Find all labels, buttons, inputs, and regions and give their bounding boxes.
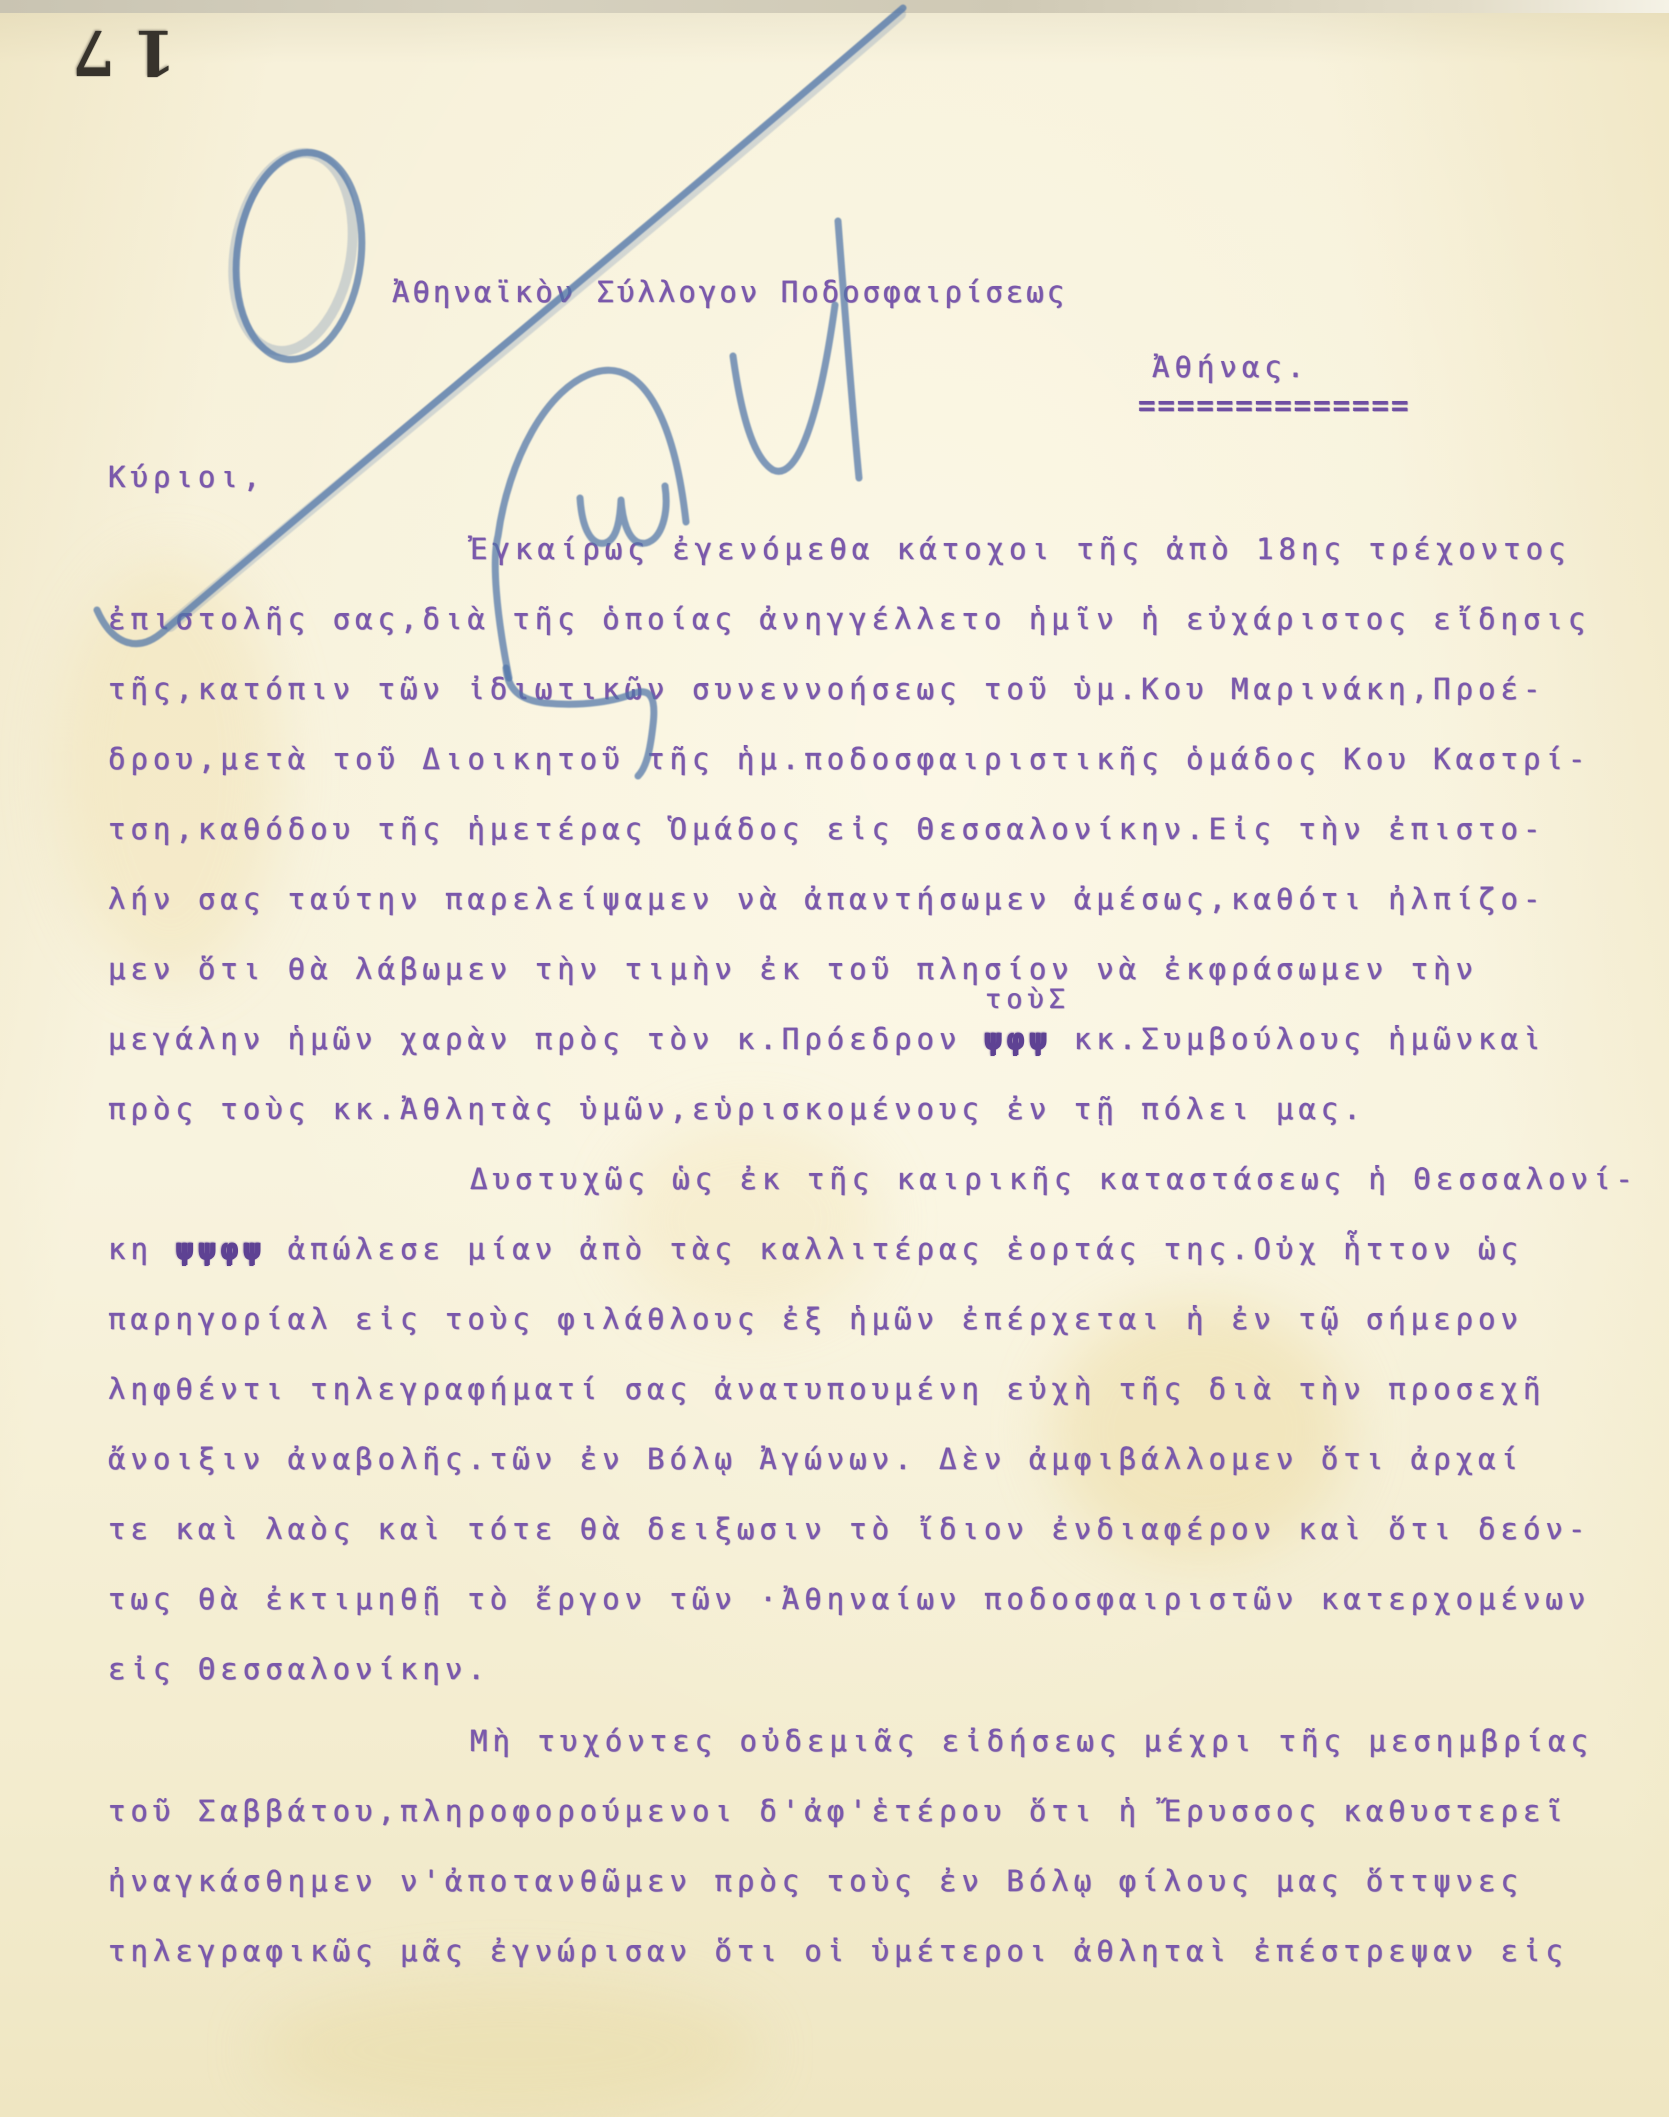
- typed-line-3: τῆς,κατόπιν τῶν ἰδιωτικῶν συνεννοήσεως τ…: [108, 672, 1545, 706]
- line11-text: κη: [108, 1232, 175, 1266]
- typed-line-6: λήν σας ταύτην παρελείψαμεν νὰ ἀπαντήσωμ…: [108, 882, 1545, 916]
- letterhead-organization: Ἀθηναϊκὸν Σύλλογον Ποδοσφαιρίσεως: [392, 275, 1067, 309]
- typed-line-11: κη ψψφψ ἀπώλεσε μίαν ἀπὸ τὰς καλλιτέρας …: [108, 1232, 1523, 1266]
- typed-line-17: εἰς Θεσσαλονίκην.: [108, 1652, 490, 1686]
- letter-page: 17 Ἀθηναϊκὸν Σύλλογον Ποδοσφαιρίσεως Ἀθή…: [0, 0, 1669, 2117]
- typed-over-strikeout: ψψφψ: [175, 1232, 265, 1266]
- typed-over-strikeout: ψφψ: [984, 1022, 1051, 1056]
- typed-line-5: τση,καθόδου τῆς ἡμετέρας Ὁμάδος εἰς Θεσσ…: [108, 812, 1545, 846]
- line11-text: ἀπώλεσε μίαν ἀπὸ τὰς καλλιτέρας ἑορτάς τ…: [265, 1232, 1523, 1266]
- typed-line-8: μεγάλην ἡμῶν χαρὰν πρὸς τὸν κ.Πρόεδρον ψ…: [108, 1022, 1545, 1056]
- pencil-oval-mark: [219, 143, 368, 360]
- typed-line-2: ἐπιστολῆς σας,διὰ τῆς ὁποίας ἀνηγγέλλετο…: [108, 602, 1590, 636]
- interlinear-correction: τοὺΣ: [985, 984, 1070, 1015]
- line8-text: μεγάλην ἡμῶν χαρὰν πρὸς τὸν κ.Πρόεδρον: [108, 1022, 984, 1056]
- page-number-stamp: 17: [26, 10, 176, 94]
- typed-line-13: ληφθέντι τηλεγραφήματί σας ἀνατυπουμένη …: [108, 1372, 1545, 1406]
- pencil-check-vertical: [838, 221, 859, 478]
- typed-line-1: Ἐγκαίρως ἐγενόμεθα κάτοχοι τῆς ἀπὸ 18ης …: [470, 532, 1571, 566]
- typed-line-7: μεν ὅτι θὰ λάβωμεν τὴν τιμὴν ἐκ τοῦ πλησ…: [108, 952, 1478, 986]
- typed-line-12: παρηγορίαλ εἰς τοὺς φιλάθλους ἐξ ἡμῶν ἐπ…: [108, 1302, 1523, 1336]
- typed-line-20: ἠναγκάσθημεν ν'ἀποτανθῶμεν πρὸς τοὺς ἐν …: [108, 1864, 1523, 1898]
- paper-stain: [620, 1120, 880, 1320]
- typed-line-14: ἄνοιξιν ἀναβολῆς.τῶν ἐν Βόλῳ Ἀγώνων. Δὲν…: [108, 1442, 1523, 1476]
- letterhead-divider: ==============: [1138, 388, 1410, 422]
- letterhead-place: Ἀθήνας.: [1152, 350, 1309, 384]
- typed-line-19: τοῦ Σαββάτου,πληροφορούμενοι δ'ἀφ'ἑτέρου…: [108, 1794, 1568, 1828]
- typed-line-21: τηλεγραφικῶς μᾶς ἐγνώρισαν ὅτι οἱ ὑμέτερ…: [108, 1934, 1568, 1968]
- pencil-oval-mark: [225, 145, 373, 367]
- typed-line-9: πρὸς τοὺς κκ.Ἀθλητὰς ὑμῶν,εὑρισκομένους …: [108, 1092, 1366, 1126]
- scan-edge: [0, 0, 1669, 13]
- paper-stain: [260, 1980, 760, 2117]
- typed-line-18: Μὴ τυχόντες οὐδεμιᾶς εἰδήσεως μέχρι τῆς …: [470, 1724, 1593, 1758]
- typed-line-16: τως θὰ ἐκτιμηθῇ τὸ ἔργον τῶν ·Ἀθηναίων π…: [108, 1582, 1590, 1616]
- pencil-check-left-arm: [733, 305, 835, 471]
- salutation: Κύριοι,: [108, 460, 265, 494]
- typed-line-10: Δυστυχῶς ὡς ἐκ τῆς καιρικῆς καταστάσεως …: [470, 1162, 1638, 1196]
- typed-line-4: δρου,μετὰ τοῦ Διοικητοῦ τῆς ἡμ.ποδοσφαιρ…: [108, 742, 1590, 776]
- line8-text: κκ.Συμβούλους ἡμῶνκαὶ: [1051, 1022, 1545, 1056]
- typed-line-15: τε καὶ λαὸς καὶ τότε θὰ δειξωσιν τὸ ἴδιο…: [108, 1512, 1590, 1546]
